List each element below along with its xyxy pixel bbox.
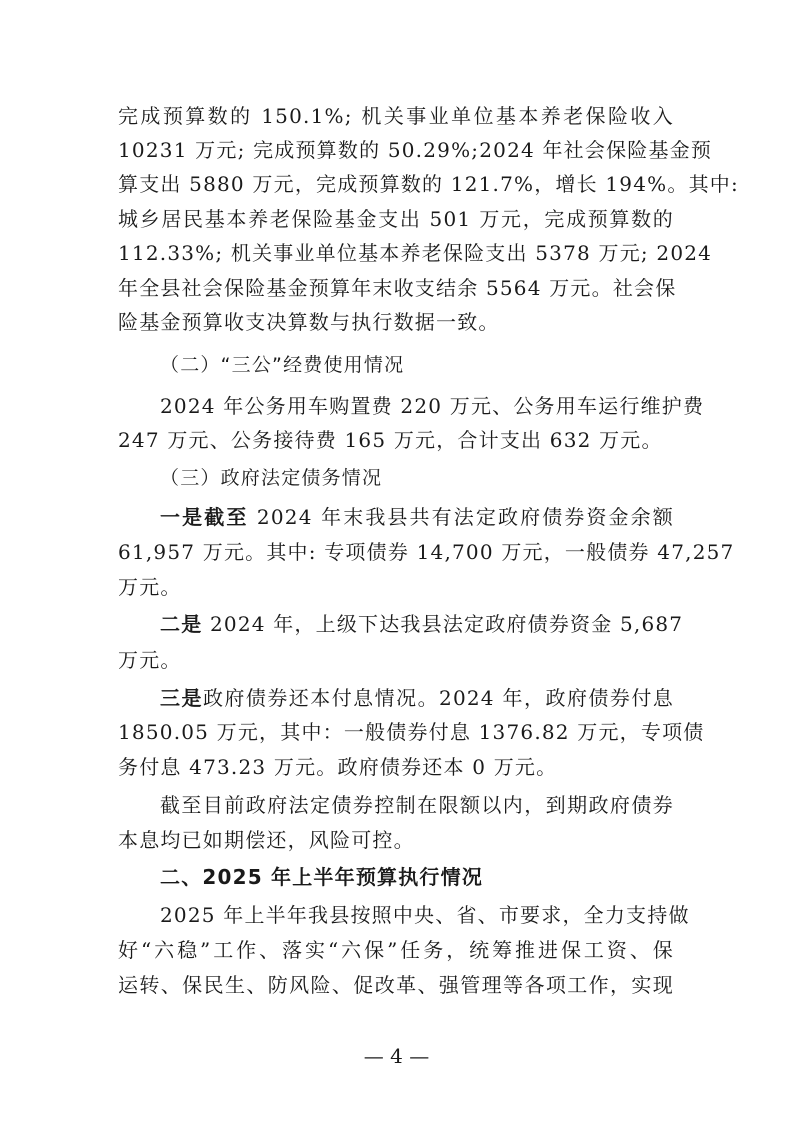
paragraph-line: 万元。 bbox=[118, 648, 674, 672]
paragraph-line: 城乡居民基本养老保险基金支出 501 万元，完成预算数的 bbox=[118, 207, 674, 231]
paragraph-line: 险基金预算收支决算数与执行数据一致。 bbox=[118, 310, 674, 334]
paragraph-line: 2024 年公务用车购置费 220 万元、公务用车运行维护费 bbox=[160, 394, 674, 418]
document-page: 完成预算数的 150.1%; 机关事业单位基本养老保险收入 10231 万元; … bbox=[0, 0, 793, 1122]
paragraph-line: 完成预算数的 150.1%; 机关事业单位基本养老保险收入 bbox=[118, 104, 674, 128]
paragraph-line: 10231 万元; 完成预算数的 50.29%;2024 年社会保险基金预 bbox=[118, 138, 674, 162]
paragraph-line: 好“六稳”工作、落实“六保”任务，统筹推进保工资、保 bbox=[118, 938, 674, 962]
debt-point-3-lead: 三是 bbox=[160, 686, 203, 710]
paragraph-line: 算支出 5880 万元，完成预算数的 121.7%，增长 194%。其中: bbox=[118, 172, 674, 196]
debt-point-1-lead: 一是截至 bbox=[160, 505, 248, 529]
paragraph-line: 万元。 bbox=[118, 575, 674, 599]
debt-point-3-text: 政府债券还本付息情况。2024 年，政府债券付息 bbox=[203, 686, 674, 710]
paragraph-line: 本息均已如期偿还，风险可控。 bbox=[118, 828, 674, 852]
debt-point-3-line: 三是政府债券还本付息情况。2024 年，政府债券付息 bbox=[160, 686, 674, 710]
paragraph-line: 1850.05 万元，其中：一般债券付息 1376.82 万元，专项债 bbox=[118, 720, 674, 744]
paragraph-line: 247 万元、公务接待费 165 万元，合计支出 632 万元。 bbox=[118, 428, 674, 452]
paragraph-line: 截至目前政府法定债券控制在限额以内，到期政府债券 bbox=[160, 793, 674, 817]
debt-point-1-text: 2024 年末我县共有法定政府债券资金余额 bbox=[248, 505, 674, 529]
paragraph-line: 112.33%; 机关事业单位基本养老保险支出 5378 万元; 2024 bbox=[118, 241, 674, 265]
section-heading-debt: （三）政府法定债务情况 bbox=[160, 466, 674, 490]
paragraph-line: 61,957 万元。其中: 专项债券 14,700 万元，一般债券 47,257 bbox=[118, 540, 674, 564]
debt-point-2-text: 2024 年，上级下达我县法定政府债券资金 5,687 bbox=[202, 612, 683, 636]
paragraph-line: 务付息 473.23 万元。政府债券还本 0 万元。 bbox=[118, 755, 674, 779]
paragraph-line: 运转、保民生、防风险、促改革、强管理等各项工作，实现 bbox=[118, 973, 674, 997]
debt-point-1-line: 一是截至 2024 年末我县共有法定政府债券资金余额 bbox=[160, 505, 674, 529]
paragraph-line: 年全县社会保险基金预算年末收支结余 5564 万元。社会保 bbox=[118, 276, 674, 300]
section-heading-2025: 二、2025 年上半年预算执行情况 bbox=[160, 865, 674, 889]
paragraph-line: 2025 年上半年我县按照中央、省、市要求，全力支持做 bbox=[160, 903, 674, 927]
page-number: — 4 — bbox=[0, 1044, 793, 1068]
debt-point-2-line: 二是 2024 年，上级下达我县法定政府债券资金 5,687 bbox=[160, 612, 674, 636]
section-heading-sangong: （二）“三公”经费使用情况 bbox=[160, 353, 674, 377]
debt-point-2-lead: 二是 bbox=[160, 612, 202, 636]
